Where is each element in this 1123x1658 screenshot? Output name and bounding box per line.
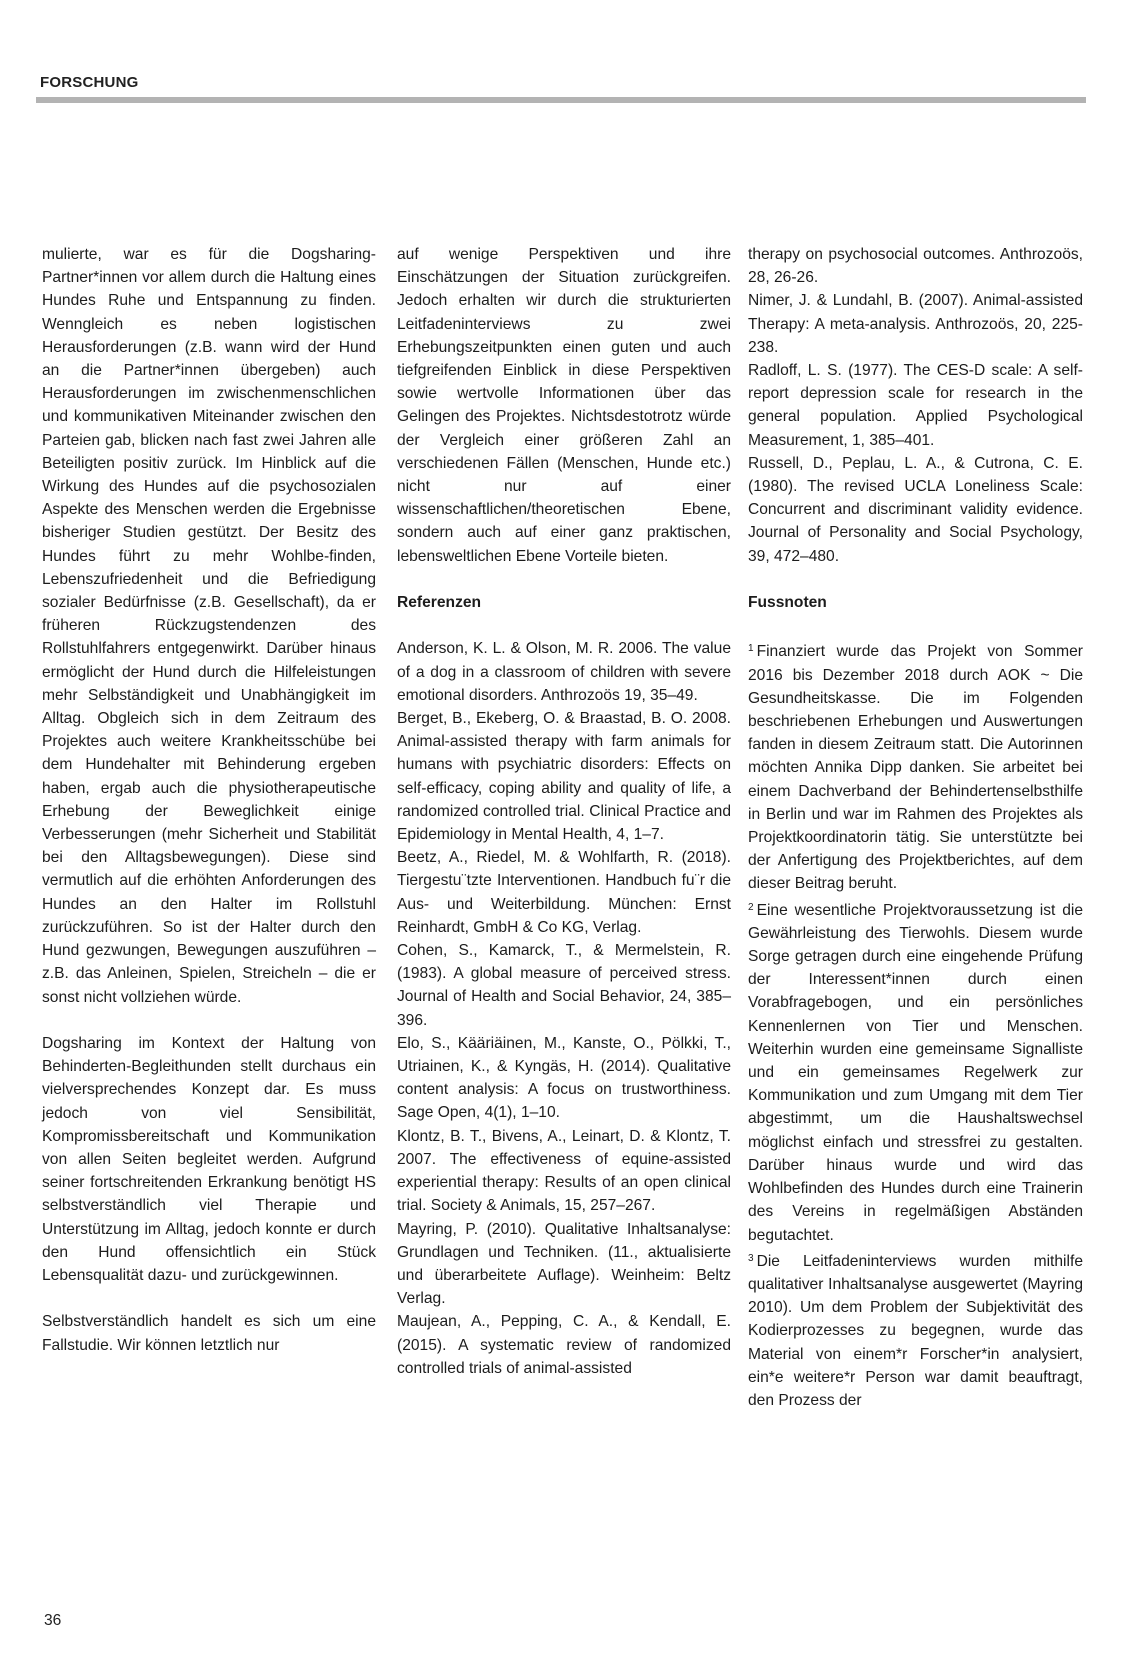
reference-entry: Beetz, A., Riedel, M. & Wohlfarth, R. (2… [397,846,731,939]
footnote-text: Die Leitfadeninterviews wurden mithilfe … [748,1253,1083,1409]
reference-entry: Russell, D., Peplau, L. A., & Cutrona, C… [748,452,1083,568]
body-paragraph: auf wenige Perspektiven und ihre Einschä… [397,243,731,568]
reference-entry: Maujean, A., Pepping, C. A., & Kendall, … [397,1310,731,1380]
reference-entry: Radloff, L. S. (1977). The CES-D scale: … [748,359,1083,452]
body-paragraph: Selbstverständlich handelt es sich um ei… [42,1310,376,1356]
reference-entry: Mayring, P. (2010). Qualitative Inhaltsa… [397,1218,731,1311]
reference-entry: therapy on psychosocial outcomes. Anthro… [748,243,1083,289]
header-rule [36,97,1086,103]
footnote-marker: 3 [748,1253,754,1264]
footnote-2: 2Eine wesentliche Projektvoraussetzung i… [748,896,1083,1247]
footnote-marker: 2 [748,902,754,913]
right-column: therapy on psychosocial outcomes. Anthro… [748,243,1083,1412]
section-header-label: FORSCHUNG [40,74,138,91]
reference-entry: Berget, B., Ekeberg, O. & Braastad, B. O… [397,707,731,846]
references-heading: Referenzen [397,591,731,614]
footnote-text: Eine wesentliche Projektvoraussetzung is… [748,902,1083,1244]
reference-entry: Anderson, K. L. & Olson, M. R. 2006. The… [397,637,731,707]
left-column: mulierte, war es für die Dogsharing-Part… [42,243,376,1357]
footnote-marker: 1 [748,643,754,654]
footnote-text: Finanziert wurde das Projekt von Sommer … [748,643,1083,892]
footnote-1: 1Finanziert wurde das Projekt von Sommer… [748,637,1083,895]
footnote-3: 3Die Leitfadeninterviews wurden mithilfe… [748,1247,1083,1412]
reference-entry: Cohen, S., Kamarck, T., & Mermelstein, R… [397,939,731,1032]
reference-entry: Klontz, B. T., Bivens, A., Leinart, D. &… [397,1125,731,1218]
reference-entry: Nimer, J. & Lundahl, B. (2007). Animal-a… [748,289,1083,359]
reference-entry: Elo, S., Kääriäinen, M., Kanste, O., Pöl… [397,1032,731,1125]
footnotes-heading: Fussnoten [748,591,1083,614]
middle-column: auf wenige Perspektiven und ihre Einschä… [397,243,731,1380]
body-paragraph: Dogsharing im Kontext der Haltung von Be… [42,1032,376,1287]
body-paragraph: mulierte, war es für die Dogsharing-Part… [42,243,376,1009]
page-number: 36 [44,1612,61,1630]
